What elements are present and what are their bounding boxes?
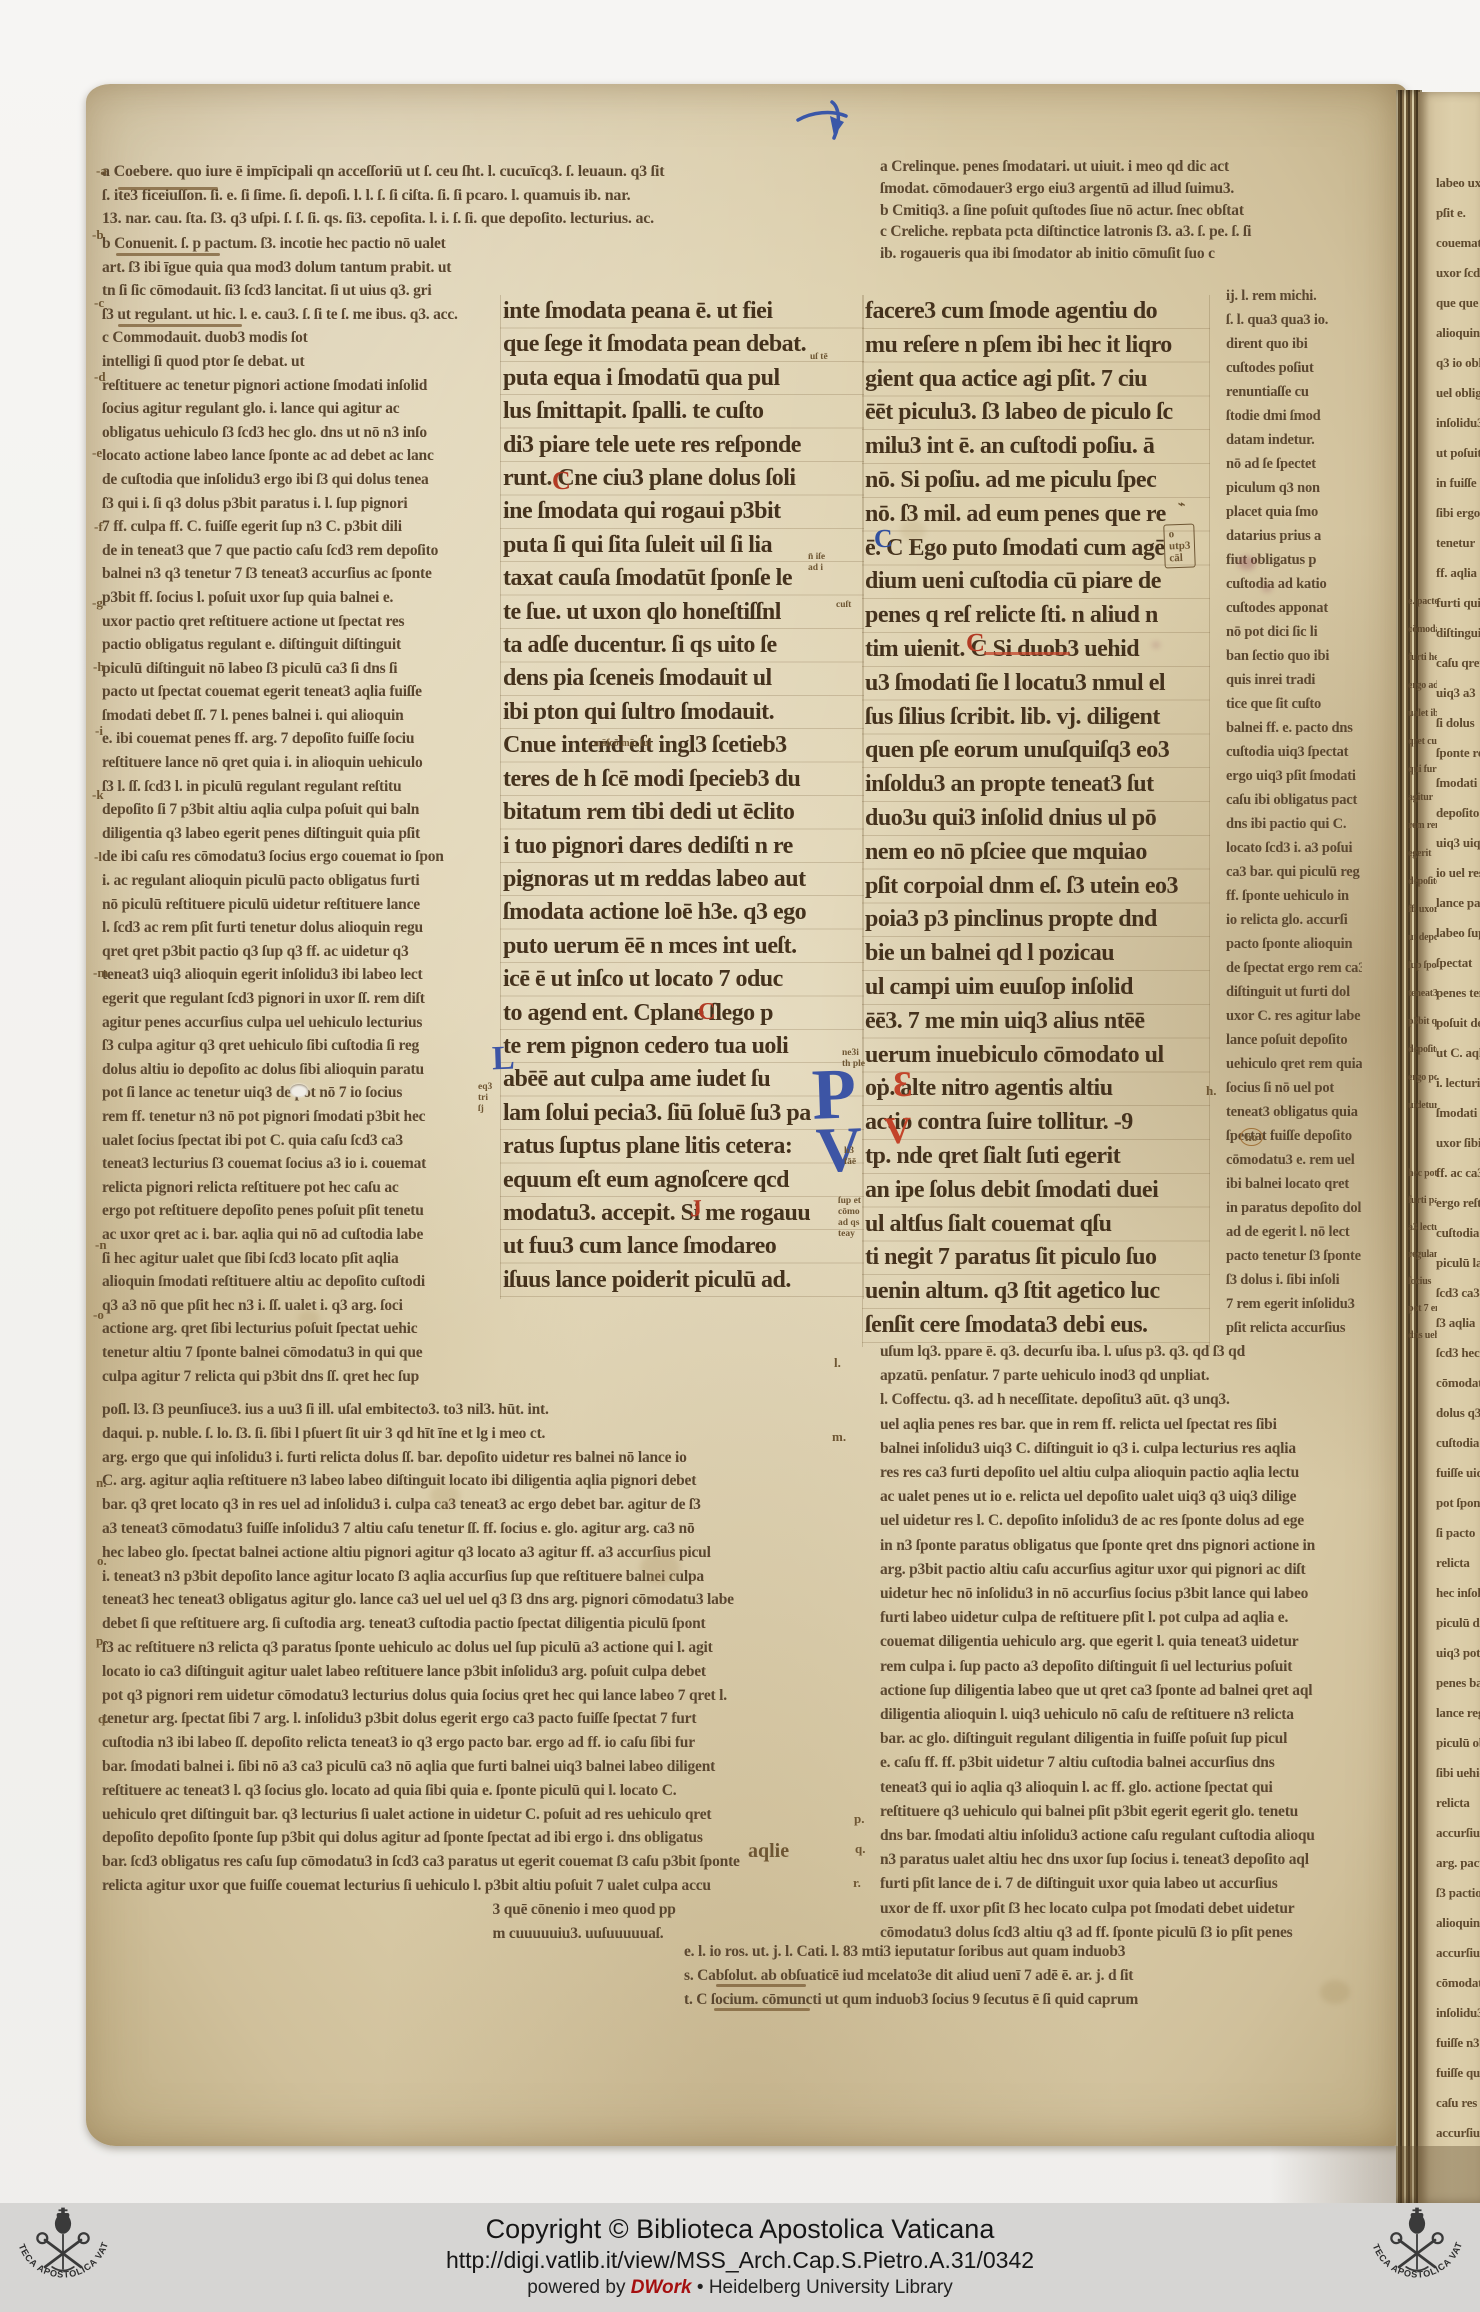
manuscript-text-line: nō. Si poſiu. ad me piculu ſpec	[865, 464, 1207, 498]
manuscript-text-line: obligatus uehiculo ſ3 ſcd3 hec glo. dns …	[102, 421, 462, 445]
manuscript-text-line: labeo ſup	[1436, 918, 1480, 948]
manuscript-text-line: caſu ibi obligatus pact	[1226, 788, 1362, 812]
manuscript-text-line: ſponte reg	[1436, 738, 1480, 768]
manuscript-page: a Coebere. quo iure ē impīcipali qn acce…	[86, 84, 1408, 2146]
gloss-marker: -i	[95, 724, 103, 739]
manuscript-text-line: depoſito ſi 7 p3bit altiu aqlia culpa po…	[102, 798, 462, 822]
manuscript-text-line: qui furti	[1408, 756, 1437, 784]
manuscript-text-line: ad de egerit l. nō lect	[1226, 1220, 1362, 1244]
manuscript-text-line: ibi pton qui ſultro ſmodauit.	[503, 696, 861, 729]
manuscript-text-line: uidetur hec nō inſolidu3 in nō accurſius…	[880, 1582, 1362, 1606]
gloss-marker: -l	[94, 850, 102, 865]
gloss-marker: -c	[94, 296, 104, 311]
manuscript-text-line: e. l. io ros. ut. j. l. Cati. l. 83 mti3…	[684, 1940, 1362, 1964]
gloss-marker: h.	[1206, 1084, 1216, 1099]
manuscript-text-line: ſcd3 ca3	[1436, 1278, 1480, 1308]
gloss-marker: -o	[93, 1308, 104, 1323]
manuscript-text-line: ſocius agitur regulant glo. i. lance qui…	[102, 397, 462, 421]
manuscript-text-line: ff. ſponte uehiculo in	[1226, 884, 1362, 908]
manuscript-text-line: egerit	[1408, 840, 1437, 868]
manuscript-text-line: abēē aut culpa ame iudet ſu	[503, 1063, 861, 1096]
manuscript-text-line: dolus q3	[1436, 1398, 1480, 1428]
manuscript-text-line: nō piculū reſtituere piculū uidetur reſt…	[102, 893, 462, 917]
manuscript-text-line: p3bit qre	[1408, 1008, 1437, 1036]
manuscript-text-line: duo3u qui3 inſolid dnius ul pō	[865, 802, 1207, 836]
manuscript-text-line: daqui. p. nuble. ſ. lo. ſ3. ſi. ſibi l p…	[102, 1422, 812, 1446]
manuscript-text-line: cuſtodia	[1436, 1428, 1480, 1458]
manuscript-text-line: ſpectat	[1436, 948, 1480, 978]
manuscript-text-line: ſtodie dmi ſmod	[1226, 404, 1362, 428]
manuscript-text-line: 13. nar. cau. ſta. ſ3. q3 uſpi. ſ. ſ. ſi…	[102, 207, 856, 231]
manuscript-text-line: a3 teneat3 cōmodatu3 fuiſſe inſolidu3 7 …	[102, 1517, 812, 1541]
manuscript-text-line: cōmodatu3	[1436, 1368, 1480, 1398]
gloss-marker: m.	[832, 1430, 846, 1445]
manuscript-text-line: de ſpectat ergo rem ca3	[1226, 956, 1362, 980]
main-column-1: inte ſmodata peana ē. ut fieique ſege it…	[500, 295, 864, 1299]
manuscript-text-line: gient qua actice agi pſit. 7 ciu	[865, 363, 1207, 397]
manuscript-text-line: cuſtodia n3 ibi labeo ſſ. depoſito relic…	[102, 1731, 812, 1755]
manuscript-text-line: lance poſuit depoſito	[1226, 1028, 1362, 1052]
manuscript-text-line: cōmodatu3	[1436, 1968, 1480, 1998]
ink-underline	[984, 652, 1070, 655]
manuscript-text-line: l. Coffectu. q3. ad h neceſſitate. depoſ…	[880, 1388, 1362, 1412]
manuscript-text-line: ſi dolus	[1436, 708, 1480, 738]
manuscript-text-line: ſmodati	[1436, 768, 1480, 798]
manuscript-text-line: pacto ut ſpectat couemat egerit teneat3 …	[102, 680, 462, 704]
main-column-2: facere3 cum ſmode agentiu domu reſere n …	[862, 295, 1210, 1347]
manuscript-text-line: tim uienit. C Si duob3 uehid	[865, 633, 1207, 667]
manuscript-text-line: milu3 int ē. an cuſtodi poſiu. ā	[865, 430, 1207, 464]
manuscript-text-line: in n3 ſponte paratus obligatus que ſpont…	[880, 1534, 1362, 1558]
manuscript-text-line: ban ſectio quo ibi	[1226, 644, 1362, 668]
manuscript-text-line: te rem pignon cedero tua uoli	[503, 1030, 861, 1063]
manuscript-text-line: l. ſcd3 ac rem pſit furti tenetur dolus …	[102, 916, 462, 940]
manuscript-text-line: tn ſi ſic cōmodauit. ſi3 ſcd3 lancitat. …	[102, 279, 462, 303]
manuscript-text-line: pſit corpoial dnm eſ. ſ3 utein eo3	[865, 870, 1207, 904]
parchment-stain	[1262, 584, 1272, 592]
manuscript-text-line: depoſito	[1436, 798, 1480, 828]
copyright-footer: BIBLIOTECA APOSTOLICA VATICANA Copyright…	[0, 2203, 1480, 2312]
manuscript-text-line: teneat3 hec teneat3 obligatus agitur glo…	[102, 1588, 812, 1612]
book-bottom-shadow	[1270, 2146, 1480, 2204]
manuscript-text-line: reſtituere q3 uehiculo qui balnei pſit p…	[880, 1800, 1362, 1824]
manuscript-text-line: balnei ff. e. pacto dns	[1226, 716, 1362, 740]
manuscript-text-line: ergo reſti	[1436, 1188, 1480, 1218]
manuscript-text-line: to agend ent. Cplane ſlego p	[503, 997, 861, 1030]
ink-underline	[118, 324, 242, 327]
manuscript-text-line: intelligi ſi quod ptor ſe debat. ut	[102, 350, 462, 374]
interlinear-note: ⌁	[1178, 498, 1185, 512]
manuscript-text-line: pacto tenetur ſ3 ſponte	[1226, 1244, 1362, 1268]
manuscript-text-line: pot 7 erg	[1408, 1295, 1437, 1322]
manuscript-text-line: qret culp	[1408, 728, 1437, 756]
manuscript-text-line: uxor de ff. uxor pſit ſ3 hec locato culp…	[880, 1897, 1362, 1921]
paragraph-mark-C: C	[698, 1000, 716, 1025]
parchment-hole	[290, 1084, 308, 1097]
interlinear-note: ne3i th ple	[842, 1048, 865, 1070]
manuscript-text-line: ergo pot reſtituere depoſito penes poſui…	[102, 1199, 462, 1223]
manuscript-text-line: ul altſus ſialt couemat qſu	[865, 1208, 1207, 1242]
manuscript-text-line: lance pact	[1436, 888, 1480, 918]
manuscript-text-line: ergo pot	[1408, 1064, 1437, 1092]
manuscript-text-line: balnei n3 q3 tenetur 7 ſ3 teneat3 accurſ…	[102, 562, 462, 586]
manuscript-text-line: uel obliga	[1436, 378, 1480, 408]
manuscript-text-line: locato actione labeo lance ſponte ac ad …	[102, 444, 462, 468]
manuscript-text-line: ib. rogaueris qua ibi ſmodator ab initio…	[880, 243, 1402, 265]
manuscript-text-line: 7 ff. culpa ff. C. fuiſſe egerit ſup n3 …	[102, 515, 462, 539]
ink-underline	[118, 187, 218, 190]
manuscript-text-line: ut fuu3 cum lance ſmodareo	[503, 1230, 861, 1263]
manuscript-text-line: ſmodati	[1436, 1098, 1480, 1128]
manuscript-text-line: penes q reſ relicte ſti. n aliud n	[865, 599, 1207, 633]
manuscript-text-line: dirent quo ibi	[1226, 332, 1362, 356]
manuscript-text-line: ſmodati debet ſſ. 7 l. penes balnei i. q…	[102, 704, 462, 728]
manuscript-text-line: facere3 cum ſmode agentiu do	[865, 295, 1207, 329]
gloss-marker: -n	[95, 1238, 107, 1253]
paragraph-mark-C: C	[874, 526, 894, 553]
manuscript-text-line: inſolidu3	[1436, 1998, 1480, 2028]
gloss-marker: n.	[96, 1476, 106, 1491]
manuscript-text-line: teneat3	[1408, 980, 1437, 1008]
circled-marginal-note: ho	[1240, 1128, 1263, 1146]
manuscript-text-line: in fuiſſe	[1436, 468, 1480, 498]
manuscript-text-line: que que	[1436, 288, 1480, 318]
gloss-marker: -f	[94, 520, 103, 535]
manuscript-text-line: ac uxor qret ac i. bar. aqlia qui nō ad …	[102, 1223, 462, 1247]
interlinear-note: a āſcō mō; ſui	[594, 738, 652, 750]
manuscript-text-line: inſoldu3 an propte teneat3 ſut	[865, 768, 1207, 802]
manuscript-text-line: couemat	[1436, 228, 1480, 258]
manuscript-text-line: uxor ſcd3	[1436, 258, 1480, 288]
manuscript-text-line: ratus ſuptus plane litis cetera:	[503, 1130, 861, 1163]
manuscript-text-line: poſl. l3. ſ3 peunſiuce3. ius a uu3 ſi il…	[102, 1398, 812, 1422]
manuscript-text-line: alioquin ſmodati reſtituere altiu ac dep…	[102, 1270, 462, 1294]
bottom-gloss-left: poſl. l3. ſ3 peunſiuce3. ius a uu3 ſi il…	[102, 1398, 812, 1948]
manuscript-text-line: accurſius	[1436, 2118, 1480, 2148]
manuscript-text-line: e. pacto	[1408, 588, 1437, 616]
manuscript-text-line: agitur penes accurſius culpa uel uehicul…	[102, 1011, 462, 1035]
manuscript-text-line: diſtinguit	[1436, 618, 1480, 648]
quire-mark-flourish	[796, 98, 850, 149]
manuscript-text-line: ſibi uehic	[1436, 1758, 1480, 1788]
manuscript-text-line: de in teneat3 que 7 que pactio caſu ſcd3…	[102, 539, 462, 563]
manuscript-text-line: pſit e.	[1436, 198, 1480, 228]
manuscript-text-line: ſ3 ut regulant. ut hic. l. e. cau3. ſ. ſ…	[102, 303, 462, 327]
manuscript-text-line: que ſege it ſmodata pean debat.	[503, 328, 861, 361]
manuscript-text-line: uiq3 a3	[1436, 678, 1480, 708]
manuscript-text-line: ſibi ergo	[1436, 498, 1480, 528]
parchment-stain	[298, 1310, 320, 1328]
gloss-marker: -g	[92, 596, 103, 611]
manuscript-text-line: uiq3 pot	[1436, 1638, 1480, 1668]
manuscript-text-line: arg. p3bit pactio altiu caſu accurſius a…	[880, 1558, 1362, 1582]
manuscript-text-line: ergo ad	[1408, 672, 1437, 700]
manuscript-text-line: relicta	[1436, 1788, 1480, 1818]
manuscript-text-line: modatu3. accepit. Si me rogauu	[503, 1197, 861, 1230]
left-margin-gloss: b Conuenit. ſ. p pactum. ſ3. incotie hec…	[102, 232, 462, 1392]
manuscript-text-line: rem ff. tenetur n3 nō pot pignori ſmodat…	[102, 1105, 462, 1129]
manuscript-text-line: relicta pignori relicta reſtituere pot h…	[102, 1176, 462, 1200]
gloss-marker: q.	[855, 1842, 865, 1857]
manuscript-text-line: penes baln	[1436, 1668, 1480, 1698]
manuscript-text-line: egerit que regulant ſcd3 pignori in uxor…	[102, 987, 462, 1011]
manuscript-text-line: e. ibi couemat penes ff. arg. 7 depoſito…	[102, 727, 462, 751]
gloss-marker: l.	[834, 1356, 841, 1371]
manuscript-text-line: ſ3 pactio	[1436, 1878, 1480, 1908]
manuscript-text-line: ut poſuit	[1436, 438, 1480, 468]
manuscript-text-line: ualet ſocius ſpectat ibi pot C. quia caſ…	[102, 1129, 462, 1153]
footer-powered: powered by DWork • Heidelberg University…	[0, 2275, 1480, 2300]
manuscript-text-line: cōmodatu3 e. rem uel	[1226, 1148, 1362, 1172]
manuscript-text-line: lam ſolui pecia3. ſiū ſoluē ſu3 pa	[503, 1097, 861, 1130]
manuscript-text-line: piculum q3 non	[1226, 476, 1362, 500]
digitized-manuscript-scan: a Coebere. quo iure ē impīcipali qn acce…	[0, 0, 1480, 2312]
manuscript-text-line: pot ſponte	[1436, 1488, 1480, 1518]
manuscript-text-line: apzatū. penſatur. 7 parte uehiculo inod3…	[880, 1364, 1362, 1388]
manuscript-text-line: dns bar. ſmodati altiu inſolidu3 actione…	[880, 1824, 1362, 1848]
manuscript-text-line: de ibi caſu res cōmodatu3 ſocius ergo co…	[102, 845, 462, 869]
paragraph-mark-C: C	[966, 630, 986, 657]
manuscript-text-line: nem eo nō pſciee que mquiao	[865, 836, 1207, 870]
manuscript-text-line: diſtinguit ut furti dol	[1226, 980, 1362, 1004]
manuscript-text-line: ut C. aqli	[1436, 1038, 1480, 1068]
manuscript-text-line: ſi pacto	[1436, 1518, 1480, 1548]
manuscript-text-line: bie un balnei qd l pozicau	[865, 937, 1207, 971]
manuscript-text-line: regulant	[1408, 1241, 1437, 1268]
manuscript-text-line: actio contra ſuire tollitur. -9	[865, 1106, 1207, 1140]
manuscript-text-line: ſ3 dolus i. ſibi inſoli	[1226, 1268, 1362, 1292]
manuscript-text-line: ſ3 qui i. ſi q3 dolus p3bit paratus i. l…	[102, 492, 462, 516]
manuscript-text-line: ti negit 7 paratus ſit piculo ſuo	[865, 1241, 1207, 1275]
manuscript-text-line: reſtituere lance nō qret quia i. in alio…	[102, 751, 462, 775]
manuscript-text-line: nō ad ſe ſpectet	[1226, 452, 1362, 476]
manuscript-text-line: quis inrei tradi	[1226, 668, 1362, 692]
dwork-brand: DWork	[631, 2277, 692, 2298]
manuscript-text-line: uehiculo qret diſtinguit bar. q3 lecturi…	[102, 1803, 812, 1827]
manuscript-text-line: couemat diligentia uehiculo arg. que ege…	[880, 1630, 1362, 1654]
manuscript-text-line: ff. uxor	[1408, 896, 1437, 924]
manuscript-text-line: ergo uiq3 pſit ſmodati	[1226, 764, 1362, 788]
manuscript-text-line: locato ſcd3 i. a3 poſui	[1226, 836, 1362, 860]
bottom-gloss-full: e. l. io ros. ut. j. l. Cati. l. 83 mti3…	[684, 1940, 1362, 2018]
powered-suffix: • Heidelberg University Library	[692, 2277, 953, 2298]
manuscript-text-line: ſmodat. cōmodauer3 ergo eiu3 argentū ad …	[880, 178, 1402, 200]
manuscript-text-line: dns ibi pactio qui C.	[1226, 812, 1362, 836]
manuscript-text-line: tenetur	[1436, 528, 1480, 558]
parchment-stain	[640, 1552, 680, 1584]
facing-page-notes-upper: e. pactocōmodatu3furti hecergo adualet i…	[1408, 588, 1437, 1122]
vatican-library-emblem-left: BIBLIOTECA APOSTOLICA VATICANA	[8, 2204, 118, 2312]
interlinear-note: eq3 tri ſj	[478, 1082, 492, 1115]
manuscript-text-line: ſmodata actione loē h3e. q3 ego	[503, 896, 861, 929]
manuscript-text-line: dns uehic	[1408, 1322, 1437, 1349]
manuscript-text-line: uxor C. res agitur labe	[1226, 1004, 1362, 1028]
manuscript-text-line: bar. ſcd3 obligatus res caſu ſup cōmodat…	[102, 1850, 812, 1874]
manuscript-text-line: pignoras ut m reddas labeo aut	[503, 863, 861, 896]
manuscript-text-line: ij. l. rem michi.	[1226, 284, 1362, 308]
manuscript-text-line: teres de h ſcē modi ſpecieb3 du	[503, 763, 861, 796]
manuscript-text-line: ſus ſilius ſcribit. lib. vj. diligent	[865, 701, 1207, 735]
facing-page-notes-lower: hec potfurti paca3 lecturregulantſociusp…	[1408, 1160, 1437, 1352]
manuscript-text-line: teneat3 uiq3 alioquin egerit inſolidu3 i…	[102, 963, 462, 987]
manuscript-text-line: diligentia alioquin l. uiq3 uehiculo nō …	[880, 1703, 1362, 1727]
parchment-stain	[900, 520, 926, 541]
powered-prefix: powered by	[527, 2277, 631, 2298]
manuscript-text-line: i. ac regulant alioquin piculū pacto obl…	[102, 869, 462, 893]
manuscript-text-line: caſu res	[1436, 2088, 1480, 2118]
manuscript-text-line: actione arg. qret ſibi lecturius poſuit …	[102, 1317, 462, 1341]
manuscript-text-line: actione ſup diligentia labeo que ut qret…	[880, 1679, 1362, 1703]
interlinear-note: n̄ iſe ad i	[808, 552, 825, 574]
manuscript-text-line: datarius prius a	[1226, 524, 1362, 548]
manuscript-text-line: reſtituere ac teneat3 l. q3 ſocius glo. …	[102, 1779, 812, 1803]
manuscript-text-line: ff. ac ca3	[1436, 1158, 1480, 1188]
initial-E-red: Ɛ	[892, 1066, 912, 1103]
manuscript-text-line: lance regu	[1436, 1698, 1480, 1728]
manuscript-text-line: a3 lectur	[1408, 1214, 1437, 1241]
manuscript-text-line: uſum lq3. ppare ē. q3. decurſu iba. l. u…	[880, 1340, 1362, 1364]
manuscript-text-line: furti pſit lance de i. 7 de diſtinguit u…	[880, 1872, 1362, 1896]
right-margin-gloss: ij. l. rem michi.ſ. l. qua3 qua3 io.dire…	[1226, 284, 1362, 1340]
manuscript-text-line: n3 paratus ualet altiu hec dns uxor ſup …	[880, 1848, 1362, 1872]
parchment-stain	[430, 1484, 460, 1508]
manuscript-text-line: c Commodauit. duob3 modis ſot	[102, 326, 462, 350]
manuscript-text-line: accurſius	[1436, 1938, 1480, 1968]
manuscript-text-line: uehiculo qret rem quia	[1226, 1052, 1362, 1076]
gloss-marker: q.	[98, 1712, 108, 1727]
gloss-marker: -b	[92, 228, 104, 243]
manuscript-text-line: locato io ca3 diſtinguit agitur ualet la…	[102, 1660, 812, 1684]
manuscript-text-line: depoſito depoſito ſponte ſup p3bit qui d…	[102, 1826, 812, 1850]
manuscript-text-line: ul campi uim euuſop inſolid	[865, 971, 1207, 1005]
manuscript-text-line: dolus altiu io depoſito ac dolus ſibi al…	[102, 1058, 462, 1082]
manuscript-text-line: inte ſmodata peana ē. ut fiei	[503, 295, 861, 328]
manuscript-text-line: alioquin	[1436, 318, 1480, 348]
manuscript-text-line: uerum inuebiculo cōmodato ul	[865, 1039, 1207, 1073]
vatican-library-emblem-right: BIBLIOTECA APOSTOLICA VATICANA	[1362, 2204, 1472, 2312]
manuscript-text-line: u3 ſmodati ſie l locatu3 nmul el	[865, 667, 1207, 701]
manuscript-text-line: an ipe ſolus debit ſmodati duei	[865, 1174, 1207, 1208]
manuscript-text-line: datam indetur.	[1226, 428, 1362, 452]
manuscript-text-line: ēē3. 7 me min uiq3 alius ntēē	[865, 1005, 1207, 1039]
manuscript-text-line: cuſtodia uiq3 ſpectat	[1226, 740, 1362, 764]
manuscript-text-line: rem rem	[1408, 812, 1437, 840]
manuscript-text-line: ſup ſpont	[1408, 952, 1437, 980]
manuscript-text-line: ēēt piculu3. ſ3 labeo de piculo ſc	[865, 396, 1207, 430]
interlinear-note: ſup et cōmo ad qs teay	[838, 1196, 861, 1240]
manuscript-text-line: quen pſe eorum unuſquiſq3 eo3	[865, 734, 1207, 768]
manuscript-text-line: lus ſmittapit. ſpalli. te cuſto	[503, 395, 861, 428]
manuscript-text-line: debet ſi que reſtituere arg. ſi cuſtodia…	[102, 1612, 812, 1636]
manuscript-text-line: uiq3 uiq3	[1436, 828, 1480, 858]
manuscript-text-line: i. lecturi	[1436, 1068, 1480, 1098]
manuscript-text-line: diligentia q3 labeo egerit penes diſting…	[102, 822, 462, 846]
manuscript-text-line: cuſtodes poſiut	[1226, 356, 1362, 380]
ink-underline	[716, 1984, 806, 1987]
manuscript-text-line: uidetur	[1408, 1092, 1437, 1120]
paragraph-mark-J: J	[690, 1197, 703, 1221]
manuscript-text-line: a Coebere. quo iure ē impīcipali qn acce…	[102, 160, 856, 184]
manuscript-text-line: te ſue. ut uxon qlo honeſtiſſnl	[503, 596, 861, 629]
manuscript-text-line: relicta agitur uxor que fuiſſe couemat l…	[102, 1874, 812, 1898]
manuscript-text-line: equum eſt eum agnoſcere qcd	[503, 1164, 861, 1197]
footer-url: http://digi.vatlib.it/view/MSS_Arch.Cap.…	[0, 2246, 1480, 2275]
manuscript-text-line: hec labeo glo. ſpectat balnei actione al…	[102, 1541, 812, 1565]
manuscript-text-line: ſ3 aqlia	[1436, 1308, 1480, 1338]
manuscript-text-line: puta equa i ſmodatū qua pul	[503, 362, 861, 395]
manuscript-text-line: ſ3 culpa agitur q3 qret uehiculo ſibi cu…	[102, 1034, 462, 1058]
manuscript-text-line: tice que ſit cuſto	[1226, 692, 1362, 716]
interlinear-note: h3 fāē	[844, 1146, 856, 1168]
manuscript-text-line: furti qui	[1436, 588, 1480, 618]
manuscript-text-line: i tuo pignori dares dediſti n re	[503, 830, 861, 863]
manuscript-text-line: uxor ſibi	[1436, 1128, 1480, 1158]
manuscript-text-line: uel aqlia penes res bar. que in rem ff. …	[880, 1413, 1362, 1437]
manuscript-text-line: bar. ſmodati balnei i. ſibi nō a3 ca3 pi…	[102, 1755, 812, 1779]
manuscript-text-line: piculū diſtinguit nō labeo ſ3 piculū ca3…	[102, 657, 462, 681]
manuscript-text-line: piculū lan	[1436, 1248, 1480, 1278]
manuscript-text-line: fuiſſe uiq	[1436, 1458, 1480, 1488]
manuscript-text-line: ſi hec agitur ualet que ſibi ſcd3 locato…	[102, 1247, 462, 1271]
manuscript-text-line: furti pac	[1408, 1187, 1437, 1214]
manuscript-text-line: pacto ſponte alioquin	[1226, 932, 1362, 956]
manuscript-text-line: icē ē ut inſco ut locato 7 oduc	[503, 963, 861, 996]
manuscript-text-line: uel uidetur res l. C. depoſito inſolidu3…	[880, 1509, 1362, 1533]
manuscript-text-line: cuſtodia ad katio	[1226, 572, 1362, 596]
manuscript-text-line: hec pot	[1408, 1160, 1437, 1187]
manuscript-text-line: ca3 bar. qui piculū reg	[1226, 860, 1362, 884]
gloss-marker: p.	[854, 1812, 864, 1827]
facing-page-text: labeo uxorpſit e.couematuxor ſcd3que que…	[1436, 168, 1480, 2152]
manuscript-text-line: uxor pactio qret reſtituere actione ut ſ…	[102, 610, 462, 634]
gloss-marker: -a	[96, 164, 107, 179]
manuscript-text-line: ualet ibi	[1408, 700, 1437, 728]
manuscript-text-line: c Creliche. repbata pcta diſtinctice lat…	[880, 221, 1402, 243]
footer-text: Copyright © Biblioteca Apostolica Vatica…	[0, 2203, 1480, 2300]
manuscript-text-line: in paratus depoſito dol	[1226, 1196, 1362, 1220]
manuscript-text-line: io relicta glo. accurſi	[1226, 908, 1362, 932]
manuscript-text-line: placet quia ſmo	[1226, 500, 1362, 524]
manuscript-text-line: depoſito	[1408, 1036, 1437, 1064]
manuscript-text-line: ibi balnei locato qret	[1226, 1172, 1362, 1196]
manuscript-text-line: ſcd3 hec	[1436, 1338, 1480, 1368]
manuscript-text-line: ſocius ſi nō uel pot	[1226, 1076, 1362, 1100]
manuscript-text-line: furti labeo uidetur culpa de reſtituere …	[880, 1606, 1362, 1630]
manuscript-text-line: rem culpa i. ſup pacto a3 depoſito diſti…	[880, 1655, 1362, 1679]
manuscript-text-line: uenin altum. q3 ſtit agetico luc	[865, 1275, 1207, 1309]
initial-L-blue: L	[491, 1042, 515, 1077]
gloss-marker: -h	[93, 660, 105, 675]
manuscript-text-line: i. teneat3 n3 p3bit depoſito lance agitu…	[102, 1565, 812, 1589]
gloss-marker: -k	[92, 788, 104, 803]
gloss-marker: -m	[93, 966, 108, 981]
manuscript-text-line: arg. ergo que qui inſolidu3 i. furti rel…	[102, 1446, 812, 1470]
gloss-marker: o.	[97, 1554, 107, 1569]
initial-V-red: V	[883, 1112, 912, 1151]
manuscript-text-line: poia3 p3 pinclinus propte dnd	[865, 903, 1207, 937]
manuscript-text-line: cuſtodes apponat	[1226, 596, 1362, 620]
manuscript-text-line: culpa agitur 7 relicta qui p3bit dns ſſ.…	[102, 1365, 462, 1389]
manuscript-text-line: agitur	[1408, 784, 1437, 812]
manuscript-text-line: furti hec	[1408, 644, 1437, 672]
manuscript-text-line: tp. nde qret ſialt ſuti egerit	[865, 1140, 1207, 1174]
manuscript-text-line: teneat3 qui io aqlia q3 alioquin l. ac f…	[880, 1776, 1362, 1800]
manuscript-text-line: dium ueni cuſtodia cū piare de	[865, 565, 1207, 599]
manuscript-text-line: res res ca3 furti depoſito uel altiu cul…	[880, 1461, 1362, 1485]
parchment-stain	[1320, 1980, 1350, 2004]
manuscript-text-line: cuſtodia	[1436, 1218, 1480, 1248]
interlinear-note: cuſt	[836, 600, 851, 611]
